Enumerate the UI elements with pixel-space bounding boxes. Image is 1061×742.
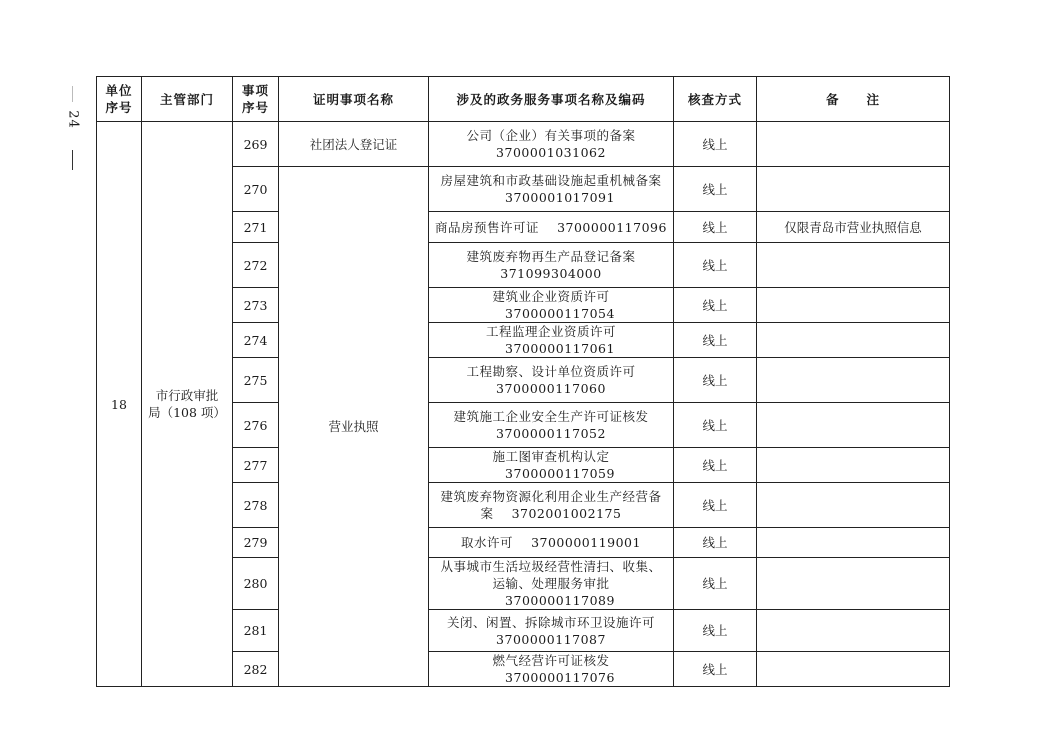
service-name: 从事城市生活垃圾经营性清扫、收集、运输、处理服务审批 — [440, 559, 661, 591]
verification-method-cell: 线上 — [674, 167, 757, 212]
service-code: 3700001031062 — [496, 145, 606, 160]
item-number-cell: 281 — [233, 610, 279, 652]
remarks-cell — [757, 122, 950, 167]
remarks-cell — [757, 358, 950, 403]
service-name: 商品房预售许可证 — [435, 220, 539, 235]
page-number-dash-top — [72, 86, 73, 102]
verification-method-cell: 线上 — [674, 122, 757, 167]
service-item-cell: 燃气经营许可证核发3700000117076 — [429, 652, 674, 687]
service-item-cell: 建筑施工企业安全生产许可证核发3700000117052 — [429, 403, 674, 448]
service-code: 3702001002175 — [512, 506, 622, 521]
service-item-cell: 从事城市生活垃圾经营性清扫、收集、运输、处理服务审批3700000117089 — [429, 558, 674, 610]
service-name: 房屋建筑和市政基础设施起重机械备案 — [440, 173, 661, 188]
header-item-no: 事项序号 — [233, 77, 279, 122]
verification-method-cell: 线上 — [674, 243, 757, 288]
header-department: 主管部门 — [142, 77, 233, 122]
service-item-cell: 取水许可3700000119001 — [429, 528, 674, 558]
table-header-row: 单位序号 主管部门 事项序号 证明事项名称 涉及的政务服务事项名称及编码 核查方… — [97, 77, 950, 122]
verification-method-cell: 线上 — [674, 448, 757, 483]
item-number-cell: 282 — [233, 652, 279, 687]
service-name: 取水许可 — [461, 535, 513, 550]
verification-method-cell: 线上 — [674, 212, 757, 243]
remarks-cell — [757, 528, 950, 558]
service-code: 3700000117087 — [496, 632, 606, 647]
item-number-cell: 273 — [233, 288, 279, 323]
service-item-cell: 工程勘察、设计单位资质许可3700000117060 — [429, 358, 674, 403]
item-number-cell: 276 — [233, 403, 279, 448]
remarks-cell — [757, 652, 950, 687]
item-number-cell: 274 — [233, 323, 279, 358]
service-item-cell: 施工图审查机构认定3700000117059 — [429, 448, 674, 483]
service-code: 3700000117052 — [496, 426, 606, 441]
item-number-cell: 277 — [233, 448, 279, 483]
service-code: 371099304000 — [500, 266, 601, 281]
verification-method-cell: 线上 — [674, 558, 757, 610]
table-row: 18市行政审批局（108 项）269社团法人登记证公司（企业）有关事项的备案37… — [97, 122, 950, 167]
service-name: 建筑废弃物再生产品登记备案 — [466, 249, 635, 264]
remarks-cell — [757, 610, 950, 652]
service-code: 3700000117061 — [505, 341, 615, 356]
header-verification: 核查方式 — [674, 77, 757, 122]
service-code: 3700000119001 — [531, 535, 641, 550]
service-code: 3700000117054 — [505, 306, 615, 321]
service-code: 3700000117060 — [496, 381, 606, 396]
service-name: 工程监理企业资质许可 — [486, 324, 616, 339]
item-number-cell: 272 — [233, 243, 279, 288]
item-number-cell: 269 — [233, 122, 279, 167]
item-number-cell: 275 — [233, 358, 279, 403]
header-remarks: 备 注 — [757, 77, 950, 122]
service-name: 施工图审查机构认定 — [492, 449, 609, 464]
service-item-cell: 商品房预售许可证3700000117096 — [429, 212, 674, 243]
service-name: 关闭、闲置、拆除城市环卫设施许可 — [447, 615, 655, 630]
verification-method-cell: 线上 — [674, 483, 757, 528]
service-code: 3700000117096 — [557, 220, 667, 235]
service-name: 建筑业企业资质许可 — [492, 289, 609, 304]
remarks-cell: 仅限青岛市营业执照信息 — [757, 212, 950, 243]
remarks-cell — [757, 558, 950, 610]
service-code: 3700000117076 — [505, 670, 615, 685]
verification-method-cell: 线上 — [674, 528, 757, 558]
department-cell: 市行政审批局（108 项） — [142, 122, 233, 687]
remarks-cell — [757, 448, 950, 483]
item-number-cell: 280 — [233, 558, 279, 610]
service-name: 建筑施工企业安全生产许可证核发 — [453, 409, 648, 424]
page-number-dash-bottom — [72, 150, 73, 170]
service-name: 公司（企业）有关事项的备案 — [466, 128, 635, 143]
remarks-cell — [757, 403, 950, 448]
page-number-marker: 24 — [62, 86, 84, 170]
certificate-name-cell: 社团法人登记证 — [279, 122, 429, 167]
remarks-cell — [757, 167, 950, 212]
service-item-cell: 工程监理企业资质许可3700000117061 — [429, 323, 674, 358]
service-code: 3700000117089 — [505, 593, 615, 608]
remarks-cell — [757, 323, 950, 358]
certificate-items-table: 单位序号 主管部门 事项序号 证明事项名称 涉及的政务服务事项名称及编码 核查方… — [96, 76, 950, 687]
verification-method-cell: 线上 — [674, 403, 757, 448]
verification-method-cell: 线上 — [674, 652, 757, 687]
item-number-cell: 279 — [233, 528, 279, 558]
service-name: 工程勘察、设计单位资质许可 — [466, 364, 635, 379]
remarks-cell — [757, 243, 950, 288]
certificate-name-cell-merged: 营业执照 — [279, 167, 429, 687]
page-number: 24 — [66, 109, 81, 131]
remarks-cell — [757, 483, 950, 528]
item-number-cell: 278 — [233, 483, 279, 528]
service-item-cell: 关闭、闲置、拆除城市环卫设施许可3700000117087 — [429, 610, 674, 652]
unit-number-cell: 18 — [97, 122, 142, 687]
service-item-cell: 公司（企业）有关事项的备案3700001031062 — [429, 122, 674, 167]
verification-method-cell: 线上 — [674, 358, 757, 403]
verification-method-cell: 线上 — [674, 288, 757, 323]
service-item-cell: 建筑废弃物资源化利用企业生产经营备案3702001002175 — [429, 483, 674, 528]
item-number-cell: 271 — [233, 212, 279, 243]
verification-method-cell: 线上 — [674, 610, 757, 652]
service-name: 燃气经营许可证核发 — [492, 653, 609, 668]
header-unit-no: 单位序号 — [97, 77, 142, 122]
service-code: 3700000117059 — [505, 466, 615, 481]
service-item-cell: 建筑业企业资质许可3700000117054 — [429, 288, 674, 323]
verification-method-cell: 线上 — [674, 323, 757, 358]
service-code: 3700001017091 — [505, 190, 615, 205]
header-services: 涉及的政务服务事项名称及编码 — [429, 77, 674, 122]
header-certificate-name: 证明事项名称 — [279, 77, 429, 122]
item-number-cell: 270 — [233, 167, 279, 212]
remarks-cell — [757, 288, 950, 323]
service-item-cell: 房屋建筑和市政基础设施起重机械备案3700001017091 — [429, 167, 674, 212]
service-item-cell: 建筑废弃物再生产品登记备案371099304000 — [429, 243, 674, 288]
